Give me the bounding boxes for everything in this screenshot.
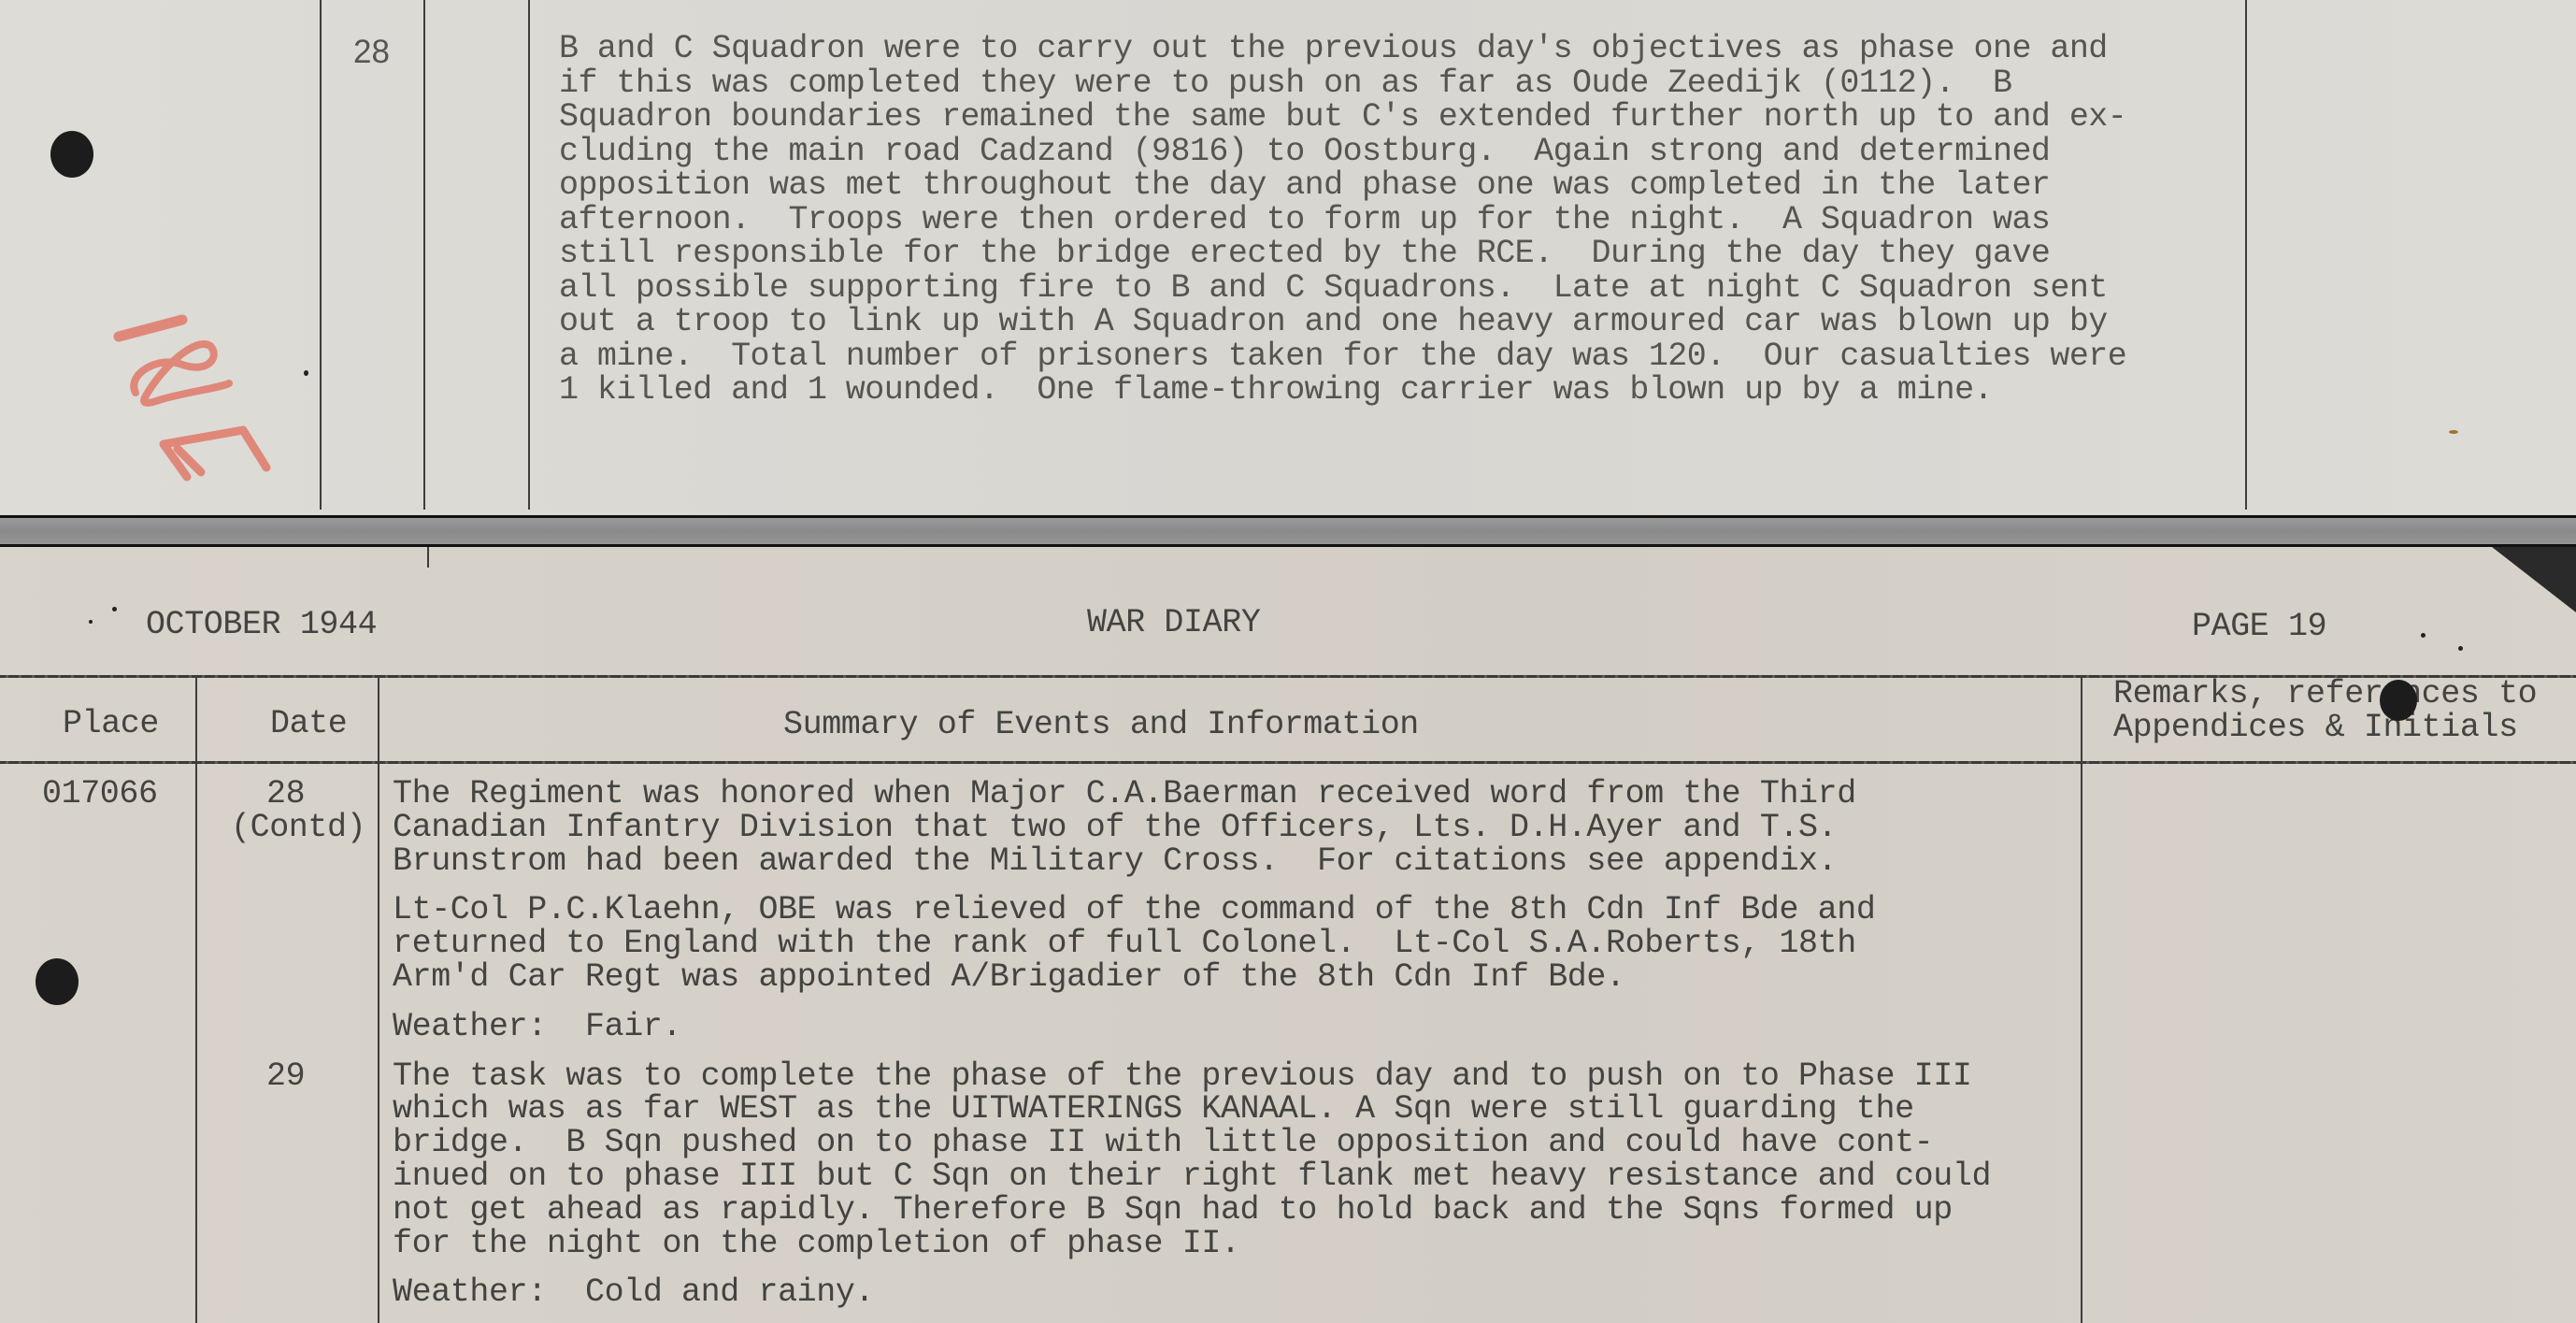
page-number: PAGE 19: [2192, 611, 2326, 644]
entry-paragraph: The task was to complete the phase of th…: [393, 1060, 1991, 1261]
page-edge-mark: [427, 547, 429, 568]
entry-date: 29: [266, 1060, 305, 1094]
document-page-current: OCTOBER 1944 WAR DIARY PAGE 19 Place Dat…: [0, 547, 2576, 1323]
column-rule: [378, 675, 379, 1323]
column-rule: [2245, 0, 2247, 510]
weather-note: Weather: Fair.: [393, 1011, 681, 1044]
punch-hole: [2380, 680, 2417, 721]
ink-speck: [2449, 430, 2458, 434]
column-header-remarks: Remarks, references to: [2113, 678, 2537, 712]
column-header-remarks: Appendices & Initials: [2113, 712, 2518, 745]
column-rule: [2081, 675, 2082, 1323]
diary-title: WAR DIARY: [1087, 607, 1260, 640]
column-rule: [528, 0, 530, 510]
ink-speck: [2458, 646, 2463, 651]
handwritten-annotation-mark: [107, 299, 294, 486]
weather-note: Weather: Cold and rainy.: [393, 1276, 874, 1310]
column-rule: [195, 675, 197, 1323]
entry-text-block: B and C Squadron were to carry out the p…: [559, 32, 2126, 408]
column-header-summary: Summary of Events and Information: [783, 709, 1419, 742]
page-gutter: [0, 515, 2576, 547]
column-header-date: Date: [270, 708, 347, 741]
column-rule: [320, 0, 322, 510]
column-header-place: Place: [63, 708, 159, 741]
entry-date: 28: [353, 36, 390, 70]
document-page-previous: 28 B and C Squadron were to carry out th…: [0, 0, 2576, 515]
ink-speck: [112, 607, 117, 611]
page-corner-fold: [2492, 547, 2576, 612]
punch-hole: [36, 958, 79, 1005]
entry-paragraph: Lt-Col P.C.Klaehn, OBE was relieved of t…: [393, 894, 1875, 994]
diary-month: OCTOBER 1944: [146, 609, 377, 642]
entry-date-note: (Contd): [231, 812, 365, 845]
entry-paragraph: The Regiment was honored when Major C.A.…: [393, 778, 1856, 878]
entry-date: 28: [266, 778, 305, 812]
ink-speck: [304, 370, 308, 376]
punch-hole: [50, 131, 93, 178]
ink-speck: [89, 620, 93, 624]
ink-speck: [2421, 633, 2426, 638]
column-rule: [423, 0, 425, 510]
table-header-rule: [0, 761, 2576, 764]
entry-place: 017066: [42, 778, 158, 812]
